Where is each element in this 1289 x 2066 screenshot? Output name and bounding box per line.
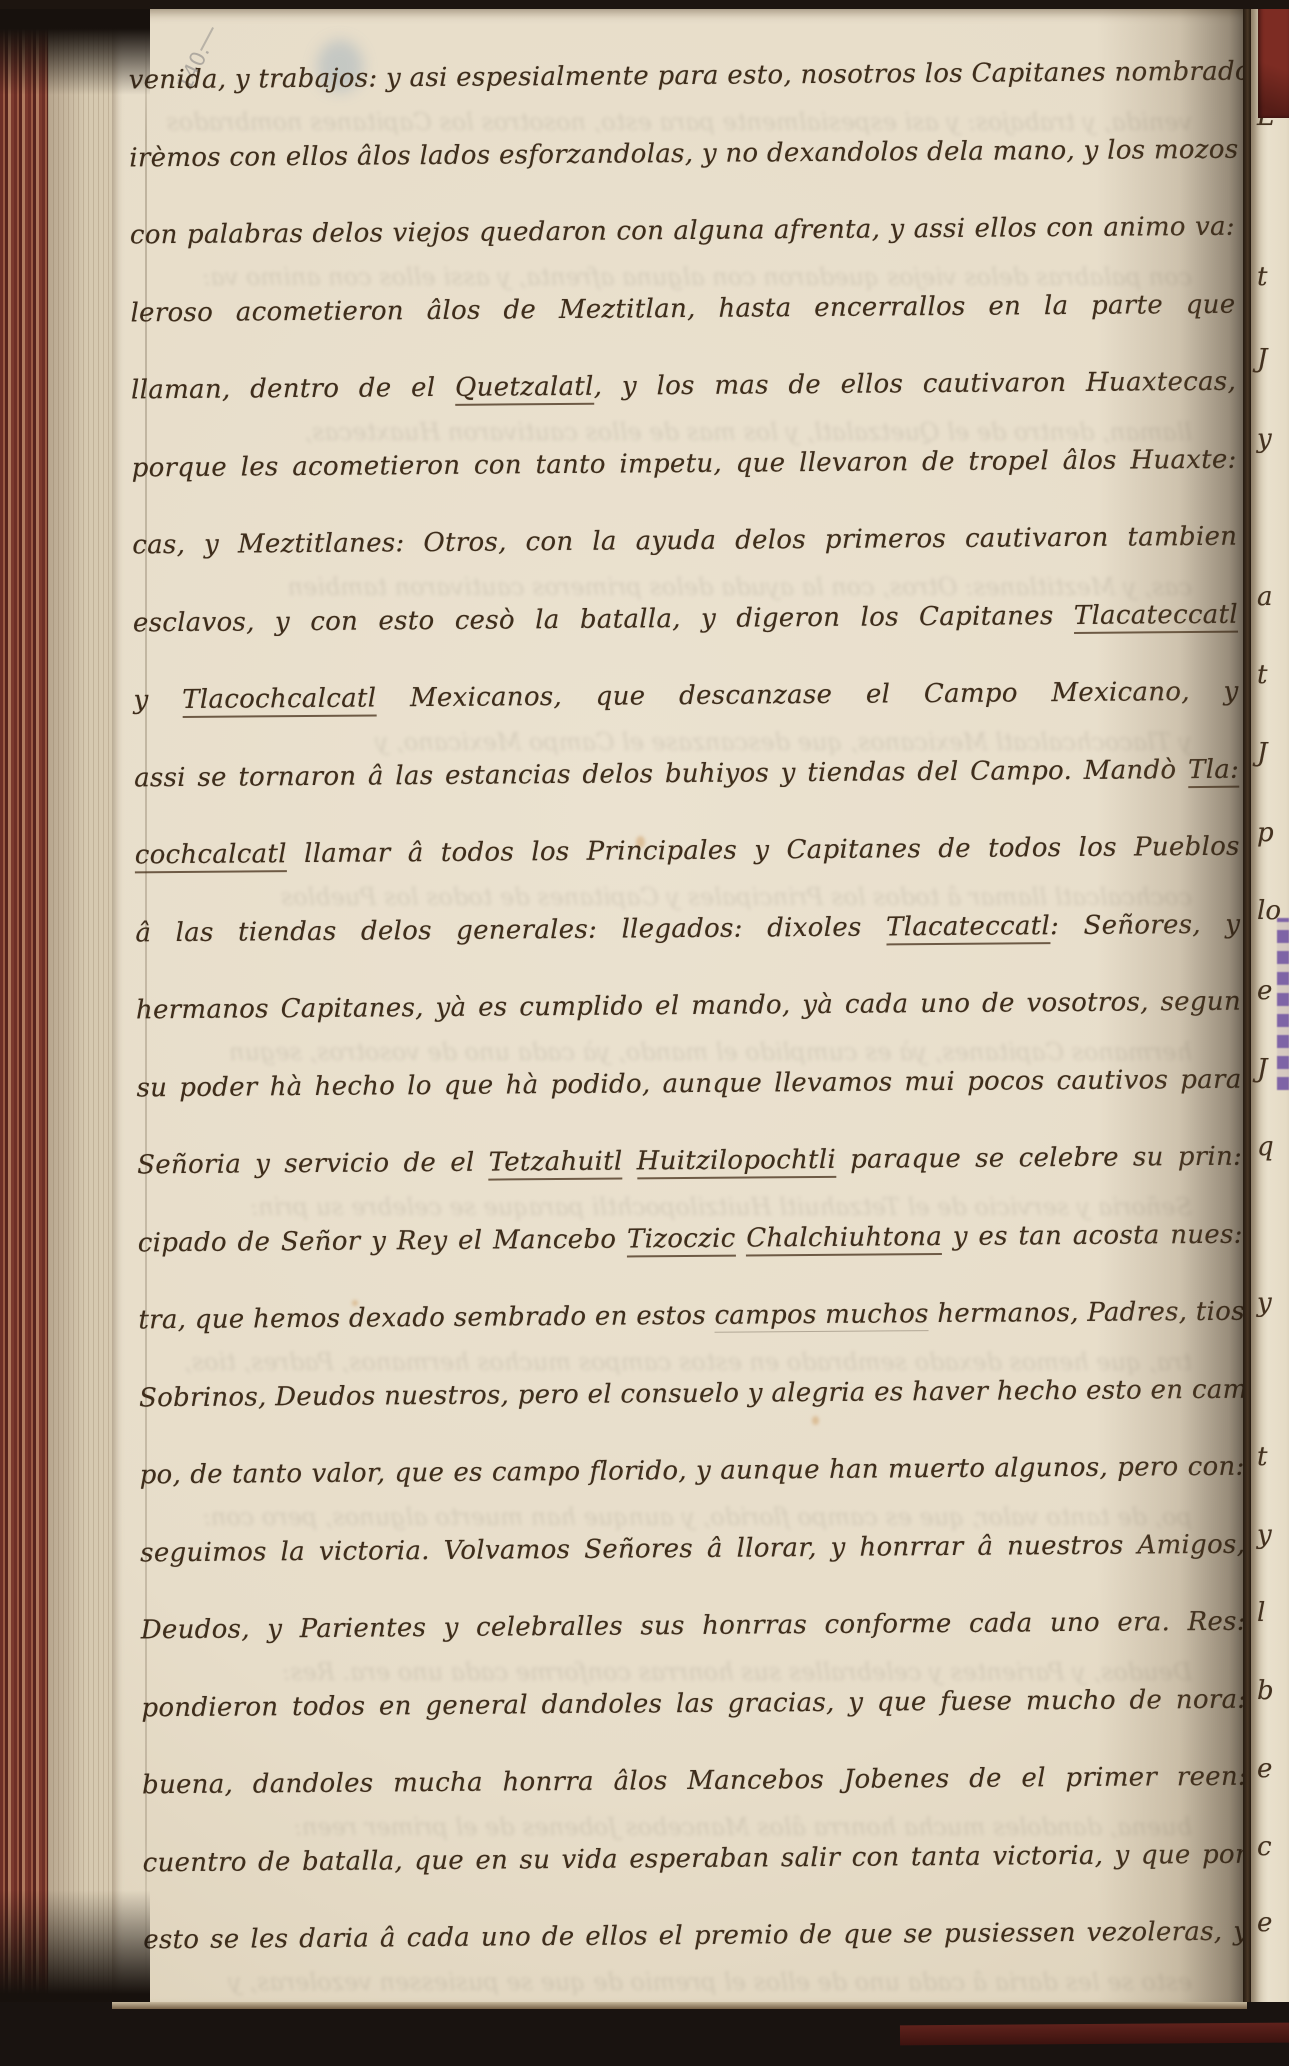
manuscript-line: cochcalcatl llamar â todos los Principal… <box>134 809 1240 895</box>
binding-crease <box>1243 0 1251 2010</box>
manuscript-line: cas, y Meztitlanes: Otros, con la ayuda … <box>132 499 1238 585</box>
manuscript-line: leroso acometieron âlos de Meztitlan, ha… <box>130 266 1236 352</box>
manuscript-line: Sobrinos, Deudos nuestros, pero el consu… <box>139 1351 1245 1437</box>
manuscript-line: cuentro de batalla, que en su vida esper… <box>142 1816 1248 1902</box>
facing-page-text-fragment: l <box>1257 1598 1265 1628</box>
facing-page-text-fragment: e <box>1257 976 1272 1006</box>
facing-page-text-fragment: t <box>1257 1442 1267 1472</box>
facing-page-text-fragment: a <box>1257 582 1273 612</box>
background-band-bottom <box>0 2002 1289 2066</box>
manuscript-line: esto se les daria â cada uno de ellos el… <box>143 1894 1249 1980</box>
manuscript-line: esclavos, y con esto cesò la batalla, y … <box>133 576 1239 662</box>
facing-page-text-fragment: J <box>1257 1054 1267 1084</box>
manuscript-line: su poder hà hecho lo que hà podido, aunq… <box>136 1041 1242 1127</box>
manuscript-line: y Tlacochcalcatl Mexicanos, que descanza… <box>133 654 1239 740</box>
background-band-top <box>0 0 1289 9</box>
manuscript-line: llaman, dentro de el Quetzalatl, y los m… <box>131 344 1237 430</box>
manuscript-line: con palabras delos viejos quedaron con a… <box>130 189 1236 275</box>
manuscript-line: Señoria y servicio de el Tetzahuitl Huit… <box>137 1119 1243 1205</box>
manuscript-line: irèmos con ellos âlos lados esforzandola… <box>129 111 1235 197</box>
manuscript-line: assi se tornaron â las estancias delos b… <box>134 731 1240 817</box>
facing-page-text-fragment: e <box>1257 1908 1272 1938</box>
facing-page-text-fragment: J <box>1257 344 1267 374</box>
facing-page-text-fragment: c <box>1257 1832 1272 1862</box>
bottom-edge-shadow <box>0 1890 150 2020</box>
manuscript-line: porque les acometieron con tanto impetu,… <box>131 421 1237 507</box>
facing-page-text-fragment: t <box>1257 262 1267 292</box>
facing-page-text-fragment: y <box>1257 1520 1272 1550</box>
facing-page-text-fragment: t <box>1257 660 1267 690</box>
manuscript-line: buena, dandoles mucha honrra âlos Manceb… <box>142 1739 1248 1825</box>
facing-page-text-fragment: e <box>1257 1754 1272 1784</box>
text-block: venida, y trabajos: y asi espesialmente … <box>128 34 1248 1988</box>
manuscript-page: 140. venida, y trabajos: y asi espesialm… <box>112 8 1247 2006</box>
red-leather-binding-bottom <box>900 2023 1289 2046</box>
manuscript-line: hermanos Capitanes, yà es cumplido el ma… <box>136 964 1242 1050</box>
gutter-shadow <box>1097 8 1247 2006</box>
manuscript-line: po, de tanto valor, que es campo florido… <box>139 1429 1245 1515</box>
manuscript-line: Deudos, y Parientes y celebralles sus ho… <box>141 1584 1247 1670</box>
manuscript-line: â las tiendas delos generales: llegados:… <box>135 886 1241 972</box>
page-stack-edge <box>48 0 112 2010</box>
manuscript-line: pondieron todos en general dandoles las … <box>141 1661 1247 1747</box>
manuscript-line: seguimos la victoria. Volvamos Señores â… <box>140 1506 1246 1592</box>
facing-page-text-fragment: b <box>1257 1676 1274 1706</box>
book-fore-edge <box>0 0 48 2010</box>
book-photograph: 140. venida, y trabajos: y asi espesialm… <box>0 0 1289 2066</box>
manuscript-line: venida, y trabajos: y asi espesialmente … <box>128 34 1234 120</box>
facing-page-text-fragment: J <box>1257 738 1267 768</box>
manuscript-line: cipado de Señor y Rey el Mancebo Tizoczi… <box>138 1196 1244 1282</box>
facing-page-text-fragment: q <box>1257 1132 1274 1162</box>
red-leather-binding-corner <box>1258 0 1289 118</box>
facing-page-text-fragment: p <box>1257 818 1274 848</box>
top-edge-shadow <box>0 0 150 95</box>
purple-stamp-fragment <box>1277 918 1289 1090</box>
facing-page-text-fragment: y <box>1257 1288 1272 1318</box>
manuscript-line: tra, que hemos dexado sembrado en estos … <box>138 1274 1244 1360</box>
facing-page-text-fragment: y <box>1257 424 1272 454</box>
page-bottom-edge <box>112 2002 1247 2009</box>
